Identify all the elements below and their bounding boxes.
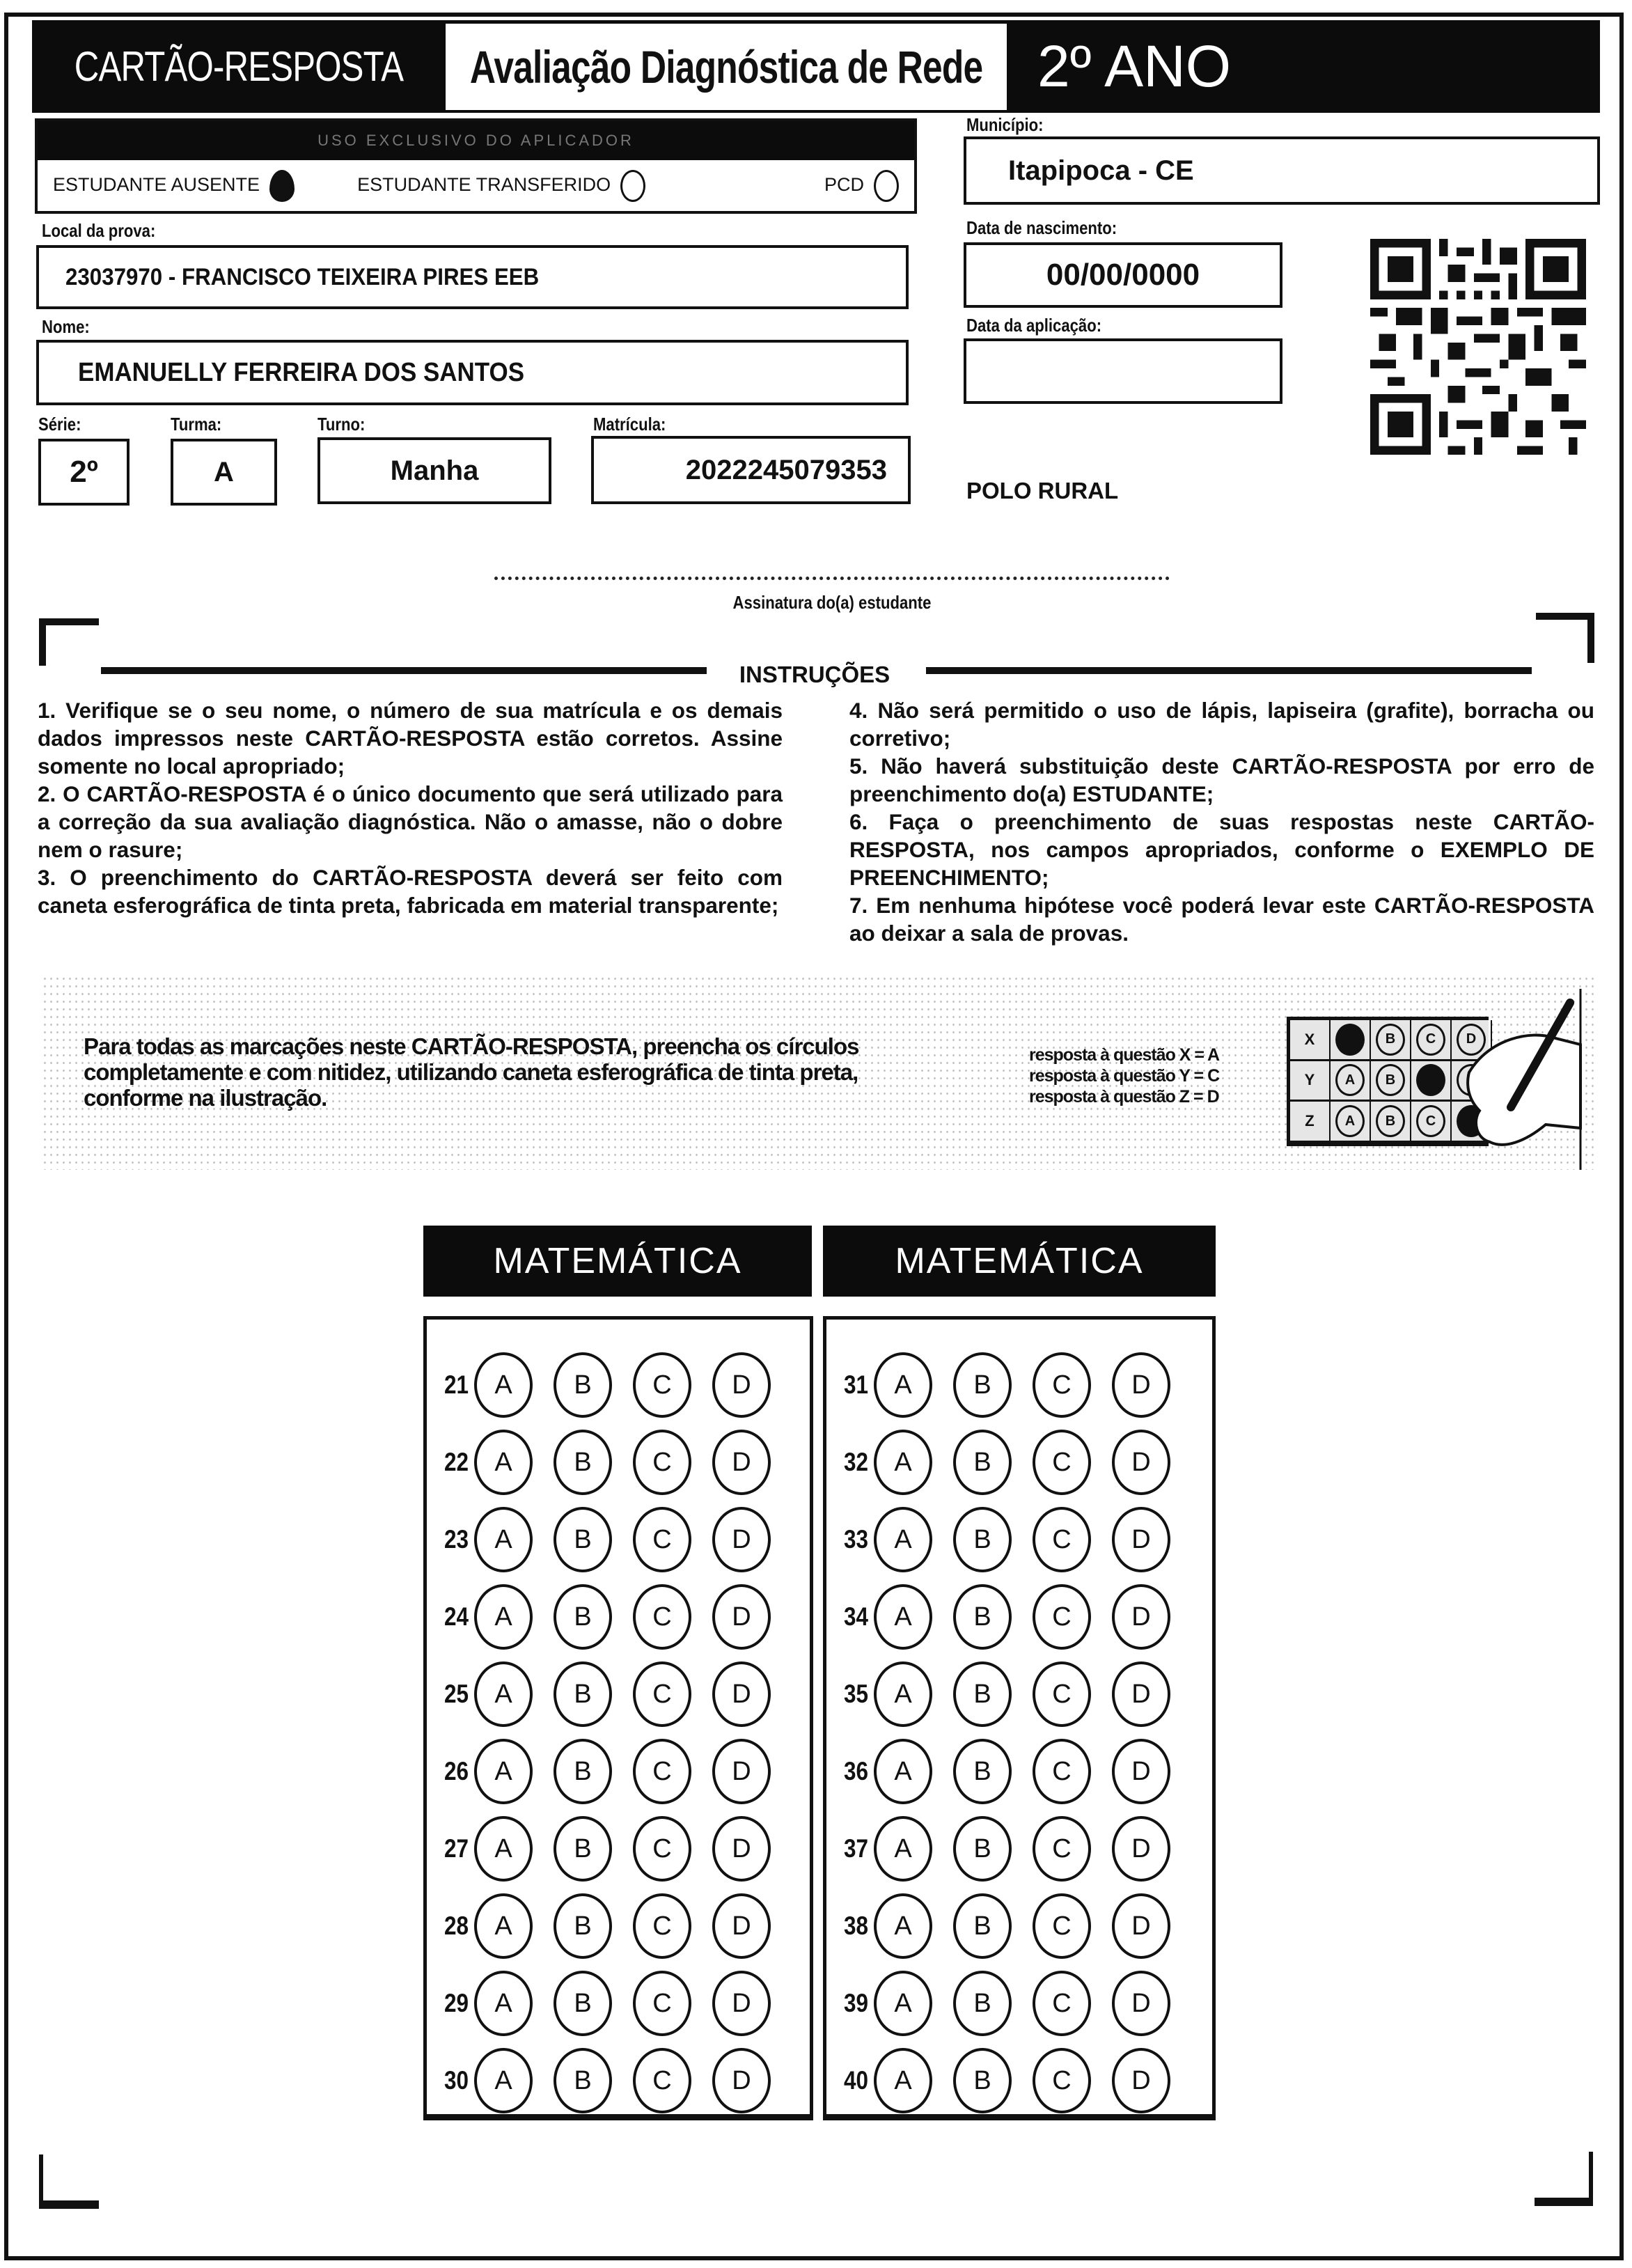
question-row: 23ABCD [427,1505,792,1574]
answer-bubble-c[interactable]: C [633,1584,691,1650]
card-label: CARTÃO-RESPOSTA [69,20,408,113]
answer-bubble-d[interactable]: D [1112,1352,1170,1418]
answer-bubble-d[interactable]: D [712,1816,771,1882]
answer-bubble-b[interactable]: B [554,1430,612,1495]
instruction-item: 4. Não será permitido o uso de lápis, la… [849,696,1594,752]
legend-line: resposta à questão Z = D [1029,1086,1219,1107]
question-number: 27 [433,1834,469,1863]
municipio-field: Itapipoca - CE [964,136,1600,205]
answer-bubble-c[interactable]: C [1033,2048,1091,2113]
answer-bubble-d[interactable]: D [712,1971,771,2036]
subject-header: MATEMÁTICA [423,1226,812,1297]
question-row: 32ABCD [826,1428,1191,1497]
answer-bubble-c[interactable]: C [633,1739,691,1804]
question-number: 29 [433,1989,469,2018]
option-pcd[interactable]: PCD [824,170,899,202]
answer-bubble-d[interactable]: D [1112,1816,1170,1882]
question-number: 22 [433,1448,469,1477]
instructions-rule-left [101,667,707,674]
option-pcd-label: PCD [824,174,864,195]
bubble-filled-icon [1335,1024,1365,1056]
option-absent-label: ESTUDANTE AUSENTE [53,174,260,195]
corner-mark-bottom-right [1535,2198,1593,2206]
question-row: 22ABCD [427,1428,792,1497]
turma-value: A [214,457,234,488]
answer-bubble-b[interactable]: B [554,1352,612,1418]
example-cell: B [1371,1061,1411,1102]
instruction-item: 7. Em nenhuma hipótese você poderá levar… [849,891,1594,947]
question-number: 34 [833,1602,868,1632]
answer-bubble-b[interactable]: B [554,1816,612,1882]
local-value: 23037970 - FRANCISCO TEIXEIRA PIRES EEB [65,264,539,291]
answer-bubble-b[interactable]: B [554,1507,612,1572]
aplicacao-label: Data da aplicação: [966,315,1101,336]
answer-bubble-b[interactable]: B [953,1971,1012,2036]
answer-bubble-d[interactable]: D [1112,1971,1170,2036]
turno-value: Manha [391,455,479,487]
serie-field: 2º [38,439,130,506]
example-cell: A [1331,1102,1371,1143]
answer-bubble-d[interactable]: D [1112,1893,1170,1959]
answer-bubble-a[interactable]: A [474,2048,533,2113]
matricula-value: 2022245079353 [686,455,887,486]
answer-bubble-b[interactable]: B [953,2048,1012,2113]
option-transferred-label: ESTUDANTE TRANSFERIDO [357,174,611,195]
question-number: 30 [433,2066,469,2095]
answer-bubble-c[interactable]: C [1033,1430,1091,1495]
answer-bubble-b[interactable]: B [953,1816,1012,1882]
example-legend: resposta à questão X = A resposta à ques… [1029,1045,1219,1107]
answer-bubble-d[interactable]: D [1112,1430,1170,1495]
grade-label: 2º ANO [1037,20,1231,113]
example-question-label: Z [1290,1102,1331,1143]
answer-bubble-a[interactable]: A [474,1507,533,1572]
answer-bubble-d[interactable]: D [712,1430,771,1495]
nome-value: EMANUELLY FERREIRA DOS SANTOS [78,358,524,388]
question-row: 39ABCD [826,1969,1191,2038]
answer-bubble-d[interactable]: D [1112,1584,1170,1650]
signature-line[interactable] [494,577,1170,580]
question-number: 33 [833,1525,868,1554]
applicator-box: USO EXCLUSIVO DO APLICADOR ESTUDANTE AUS… [35,118,917,214]
answer-bubble-b[interactable]: B [554,1739,612,1804]
answer-bubble-c[interactable]: C [633,1430,691,1495]
answer-bubble-a[interactable]: A [474,1893,533,1959]
bubble-empty-icon[interactable] [874,170,899,202]
answer-bubble-b[interactable]: B [953,1507,1012,1572]
municipio-value: Itapipoca - CE [1008,155,1194,187]
question-row: 28ABCD [427,1891,792,1961]
turma-label: Turma: [171,414,221,435]
answer-bubble-c[interactable]: C [1033,1661,1091,1727]
answer-bubble-a[interactable]: A [874,1507,932,1572]
answer-bubble-c[interactable]: C [633,1893,691,1959]
example-cell: C [1411,1020,1452,1061]
nascimento-value: 00/00/0000 [1046,258,1200,292]
bubble-empty-icon: C [1416,1105,1445,1137]
question-number: 28 [433,1911,469,1941]
question-row: 29ABCD [427,1969,792,2038]
answer-column: 21ABCD22ABCD23ABCD24ABCD25ABCD26ABCD27AB… [423,1316,813,2120]
nascimento-field: 00/00/0000 [964,242,1282,308]
answer-bubble-c[interactable]: C [633,1661,691,1727]
answer-bubble-d[interactable]: D [712,1584,771,1650]
nome-label: Nome: [42,316,90,338]
question-number: 32 [833,1448,868,1477]
example-cell: A [1331,1061,1371,1102]
answer-bubble-d[interactable]: D [712,2048,771,2113]
bubble-empty-icon[interactable] [620,170,645,202]
answer-bubble-a[interactable]: A [874,1739,932,1804]
corner-mark-top-left [39,618,99,625]
corner-mark-bottom-left [39,2154,43,2207]
instruction-item: 6. Faça o preenchimento de suas resposta… [849,808,1594,891]
instructions-title: INSTRUÇÕES [710,662,919,688]
question-number: 40 [833,2066,868,2095]
question-number: 36 [833,1757,868,1786]
answer-bubble-d[interactable]: D [712,1661,771,1727]
serie-label: Série: [38,414,81,435]
answer-bubble-b[interactable]: B [554,1893,612,1959]
option-absent[interactable]: ESTUDANTE AUSENTE [53,170,295,202]
matricula-field: 2022245079353 [591,436,911,504]
question-row: 40ABCD [826,2046,1191,2116]
question-number: 39 [833,1989,868,2018]
question-number: 23 [433,1525,469,1554]
answer-bubble-b[interactable]: B [554,1661,612,1727]
answer-bubble-b[interactable]: B [554,1971,612,2036]
hand-with-pen-icon [1448,989,1587,1170]
example-cell: B [1371,1020,1411,1061]
polo-label: POLO RURAL [966,478,1118,504]
answer-bubble-c[interactable]: C [1033,1971,1091,2036]
answer-bubble-d[interactable]: D [712,1739,771,1804]
applicator-heading: USO EXCLUSIVO DO APLICADOR [38,121,914,160]
question-number: 25 [433,1680,469,1709]
answer-bubble-b[interactable]: B [953,1893,1012,1959]
applicator-options: ESTUDANTE AUSENTE ESTUDANTE TRANSFERIDO … [38,160,914,211]
answer-bubble-c[interactable]: C [633,1816,691,1882]
municipio-label: Município: [966,114,1043,136]
answer-bubble-a[interactable]: A [474,1971,533,2036]
instructions-right: 4. Não será permitido o uso de lápis, la… [849,696,1594,947]
example-text: Para todas as marcações neste CARTÃO-RES… [84,1033,884,1111]
corner-mark-top-right [1587,613,1594,663]
answer-bubble-b[interactable]: B [554,1584,612,1650]
exam-title: Avaliação Diagnóstica de Rede [446,24,1007,110]
answer-bubble-c[interactable]: C [633,1507,691,1572]
question-row: 38ABCD [826,1891,1191,1961]
question-row: 27ABCD [427,1814,792,1884]
answer-bubble-c[interactable]: C [1033,1584,1091,1650]
question-number: 38 [833,1911,868,1941]
answer-bubble-b[interactable]: B [953,1584,1012,1650]
example-cell: C [1411,1102,1452,1143]
answer-bubble-d[interactable]: D [1112,2048,1170,2113]
legend-line: resposta à questão X = A [1029,1045,1219,1065]
question-row: 26ABCD [427,1737,792,1806]
question-row: 31ABCD [826,1350,1191,1420]
question-row: 34ABCD [826,1582,1191,1652]
legend-line: resposta à questão Y = C [1029,1065,1219,1086]
qr-code-icon [1370,237,1586,457]
answer-bubble-d[interactable]: D [1112,1739,1170,1804]
example-cell [1331,1020,1371,1061]
answer-bubble-d[interactable]: D [1112,1661,1170,1727]
subject-header: MATEMÁTICA [823,1226,1216,1297]
answer-bubble-b[interactable]: B [953,1430,1012,1495]
question-number: 26 [433,1757,469,1786]
bubble-empty-icon: B [1376,1064,1405,1096]
answer-bubble-a[interactable]: A [474,1584,533,1650]
bubble-empty-icon: A [1335,1064,1365,1096]
nome-field: EMANUELLY FERREIRA DOS SANTOS [36,340,909,405]
instruction-item: 1. Verifique se o seu nome, o número de … [38,696,783,780]
answer-bubble-b[interactable]: B [554,2048,612,2113]
example-question-label: X [1290,1020,1331,1061]
corner-mark-bottom-left [39,2200,99,2209]
signature-label: Assinatura do(a) estudante [545,592,1120,613]
answer-bubble-c[interactable]: C [1033,1507,1091,1572]
answer-bubble-a[interactable]: A [874,1893,932,1959]
question-row: 36ABCD [826,1737,1191,1806]
answer-bubble-c[interactable]: C [633,1352,691,1418]
instruction-item: 2. O CARTÃO-RESPOSTA é o único documento… [38,780,783,863]
question-row: 37ABCD [826,1814,1191,1884]
answer-bubble-d[interactable]: D [712,1507,771,1572]
question-row: 35ABCD [826,1659,1191,1729]
answer-bubble-c[interactable]: C [1033,1893,1091,1959]
question-row: 25ABCD [427,1659,792,1729]
question-number: 21 [433,1370,469,1400]
example-question-label: Y [1290,1061,1331,1102]
instruction-item: 3. O preenchimento do CARTÃO-RESPOSTA de… [38,863,783,919]
instruction-item: 5. Não haverá substituição deste CARTÃO-… [849,752,1594,808]
instructions-left: 1. Verifique se o seu nome, o número de … [38,696,783,919]
example-cell: B [1371,1102,1411,1143]
bubble-empty-icon: B [1376,1024,1405,1056]
turno-field: Manha [317,437,551,504]
answer-bubble-d[interactable]: D [712,1893,771,1959]
answer-bubble-d[interactable]: D [1112,1507,1170,1572]
answer-bubble-b[interactable]: B [953,1661,1012,1727]
instructions-rule-right [926,667,1532,674]
bubble-empty-icon: A [1335,1105,1365,1137]
answer-bubble-a[interactable]: A [474,1739,533,1804]
question-row: 30ABCD [427,2046,792,2116]
bubble-empty-icon: C [1416,1024,1445,1056]
question-number: 37 [833,1834,868,1863]
local-label: Local da prova: [42,220,155,242]
answer-bubble-a[interactable]: A [874,1816,932,1882]
serie-value: 2º [70,455,98,490]
answer-bubble-a[interactable]: A [874,2048,932,2113]
question-row: 24ABCD [427,1582,792,1652]
answer-bubble-a[interactable]: A [474,1816,533,1882]
answer-bubble-a[interactable]: A [474,1661,533,1727]
bubble-filled-icon [1416,1064,1445,1096]
answer-bubble-a[interactable]: A [874,1584,932,1650]
answer-bubble-a[interactable]: A [874,1971,932,2036]
corner-mark-top-right [1536,613,1594,620]
nascimento-label: Data de nascimento: [966,217,1117,239]
answer-bubble-a[interactable]: A [474,1352,533,1418]
answer-bubble-c[interactable]: C [633,1971,691,2036]
question-number: 24 [433,1602,469,1632]
answer-bubble-a[interactable]: A [874,1661,932,1727]
local-field: 23037970 - FRANCISCO TEIXEIRA PIRES EEB [36,245,909,309]
corner-mark-top-left [39,618,46,666]
question-number: 35 [833,1680,868,1709]
turno-label: Turno: [317,414,365,435]
answer-bubble-c[interactable]: C [1033,1739,1091,1804]
answer-bubble-d[interactable]: D [712,1352,771,1418]
matricula-label: Matrícula: [593,414,666,435]
answer-bubble-a[interactable]: A [874,1352,932,1418]
answer-bubble-c[interactable]: C [1033,1352,1091,1418]
answer-bubble-b[interactable]: B [953,1739,1012,1804]
question-row: 21ABCD [427,1350,792,1420]
answer-bubble-a[interactable]: A [474,1430,533,1495]
question-number: 31 [833,1370,868,1400]
answer-bubble-a[interactable]: A [874,1430,932,1495]
example-cell [1411,1061,1452,1102]
exam-title-text: Avaliação Diagnóstica de Rede [470,40,983,93]
question-row: 33ABCD [826,1505,1191,1574]
aplicacao-field[interactable] [964,338,1282,404]
turma-field: A [171,439,277,506]
option-transferred[interactable]: ESTUDANTE TRANSFERIDO [357,170,645,202]
bubble-filled-icon[interactable] [269,170,295,202]
answer-bubble-c[interactable]: C [1033,1816,1091,1882]
answer-column: 31ABCD32ABCD33ABCD34ABCD35ABCD36ABCD37AB… [823,1316,1216,2120]
bubble-empty-icon: B [1376,1105,1405,1137]
answer-bubble-c[interactable]: C [633,2048,691,2113]
answer-bubble-b[interactable]: B [953,1352,1012,1418]
